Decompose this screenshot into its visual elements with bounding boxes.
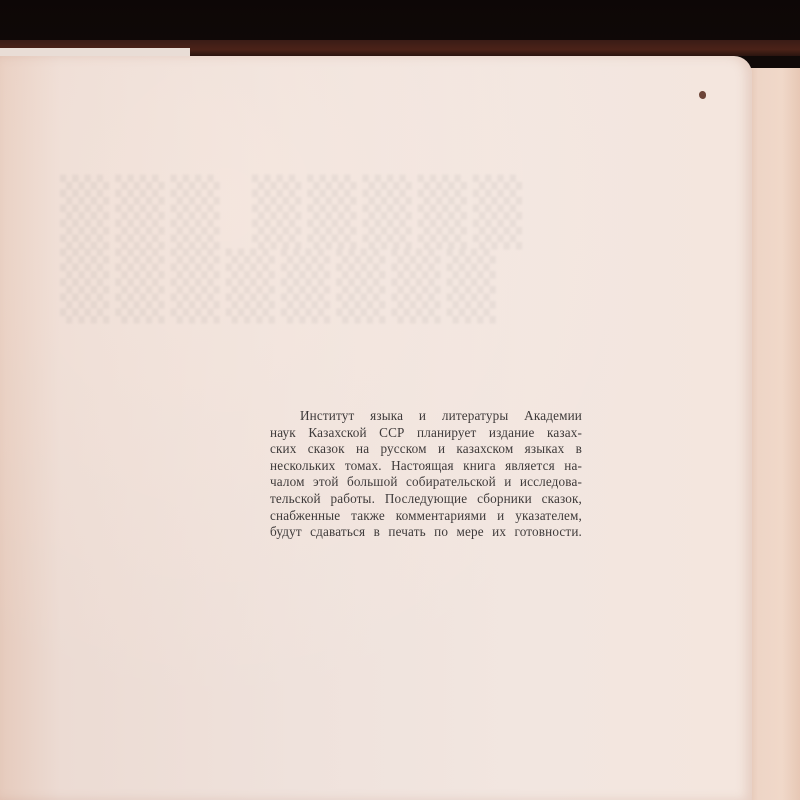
text-line: Институт языка и литературы Академии <box>270 408 582 425</box>
foxing-spot <box>699 91 706 99</box>
book-page: ▒▒▒ ▒▒▒▒▒▒▒▒▒▒▒▒▒ Институт языка и литер… <box>0 56 752 800</box>
text-line: чалом этой большой собирательской и иссл… <box>270 474 582 491</box>
show-through-texture: ▒▒▒ ▒▒▒▒▒▒▒▒▒▒▒▒▒ <box>60 176 620 316</box>
text-line: наук Казахской ССР планирует издание каз… <box>270 425 582 442</box>
text-line: будут сдаваться в печать по мере их гото… <box>270 524 582 541</box>
photo-scene: ▒▒▒ ▒▒▒▒▒▒▒▒▒▒▒▒▒ Институт языка и литер… <box>0 0 800 800</box>
paragraph: Институт языка и литературы Академии нау… <box>270 408 582 541</box>
text-line: снабженные также комментариями и указате… <box>270 508 582 525</box>
text-line: ских сказок на русском и казахском языка… <box>270 441 582 458</box>
text-line: нескольких томах. Настоящая книга являет… <box>270 458 582 475</box>
text-line: тельской работы. Последующие сборники ск… <box>270 491 582 508</box>
